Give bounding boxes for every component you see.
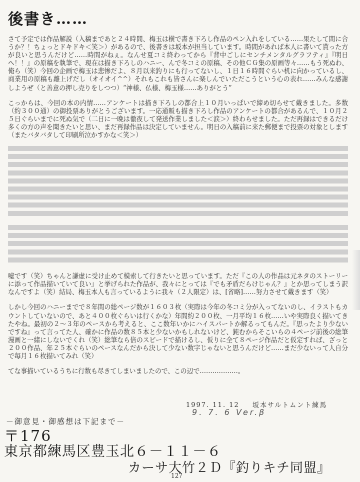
paragraph-closing: てな事描いているうちに行数も尽きてしまいましたので、この辺で………………。 bbox=[8, 367, 348, 375]
paragraph-reader-response-2: [読者アンケートへの返答（成人向け表現を含むため省略）] bbox=[8, 225, 348, 265]
page-title: 後書き…… bbox=[8, 8, 348, 29]
paragraph-reader-response-1: [読者アンケートへの返答（成人向け表現を含むため省略）] bbox=[8, 146, 348, 218]
scan-edge-shadow bbox=[352, 250, 360, 310]
paragraph-survey: こっからは、今回の本の内情……アンケートは描き下ろしの都合上１０月いっぱいで締め… bbox=[8, 99, 348, 139]
paragraph-reflection: 嘘です（笑）ちゃんと謙虚に受け止めて模索して行きたいと思っています。ただ『この人… bbox=[8, 272, 348, 296]
paragraph-page-count: しかし今回のハニーまでで８年間の総ページ数が１６０３枚（実際は今年の冬コミ分が入… bbox=[8, 303, 348, 360]
paragraph-intro: さて予定では作品解説（入稿まであと２４時間、梅玉は横で書き下ろし作品のペン入れを… bbox=[8, 35, 348, 92]
building-name: カーサ大竹２Ｄ『釣りキチ同盟』 bbox=[128, 457, 331, 476]
page-number: 127 bbox=[171, 473, 182, 480]
afterword-page: 後書き…… さて予定では作品解説（入稿まであと２４時間、梅玉は横で書き下ろし作品… bbox=[8, 8, 348, 382]
handwritten-note: 9. 7. 6 Ver.β bbox=[192, 408, 266, 417]
